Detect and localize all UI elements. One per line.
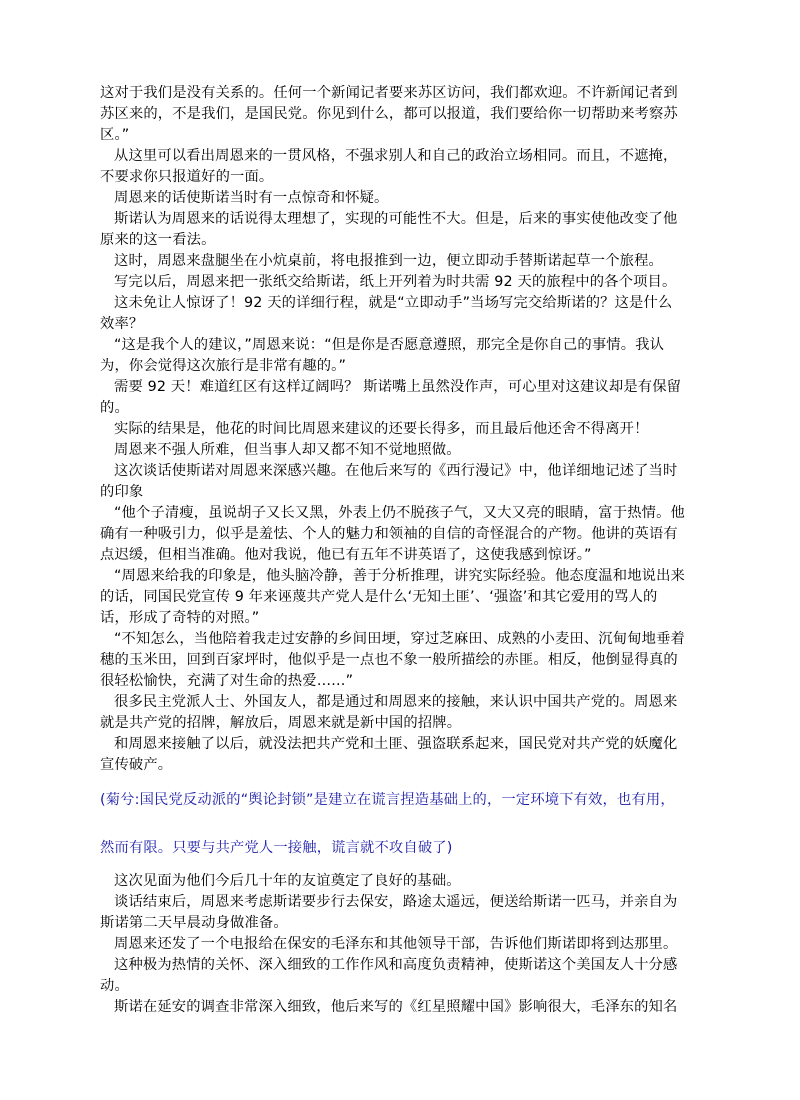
paragraph: 这种极为热情的关怀、深入细致的工作作风和高度负责精神，使斯诺这个美国友人十分感动… (100, 955, 685, 997)
paragraph: 很多民主党派人士、外国友人，都是通过和周恩来的接触，来认识中国共产党的。周恩来就… (100, 692, 685, 734)
paragraph: 写完以后，周恩来把一张纸交给斯诺，纸上开列着为时共需 92 天的旅程中的各个项目… (100, 272, 685, 293)
paragraph: 斯诺在延安的调查非常深入细致，他后来写的《红星照耀中国》影响很大，毛泽东的知名 (100, 997, 685, 1018)
paragraph: 周恩来还发了一个电报给在保安的毛泽东和其他领导干部，告诉他们斯诺即将到达那里。 (100, 934, 685, 955)
paragraph: 周恩来不强人所难，但当事人却又都不知不觉地照做。 (100, 440, 685, 461)
paragraph: 实际的结果是，他花的时间比周恩来建议的还要长得多，而且最后他还舍不得离开！ (100, 419, 685, 440)
editor-note: (菊兮:国民党反动派的“舆论封锁”是建立在谎言捏造基础上的，一定环境下有效，也有… (100, 790, 685, 859)
editor-note-line-1: (菊兮:国民党反动派的“舆论封锁”是建立在谎言捏造基础上的，一定环境下有效，也有… (100, 792, 675, 808)
quote-paragraph: “他个子清瘦，虽说胡子又长又黑，外表上仍不脱孩子气，又大又亮的眼睛，富于热情。他… (100, 503, 685, 566)
editor-note-line-2: 然而有限。只要与共产党人一接触，谎言就不攻自破了) (100, 838, 685, 859)
paragraph: 从这里可以看出周恩来的一贯风格，不强求别人和自己的政治立场相同。而且，不遮掩，不… (100, 146, 685, 188)
paragraph: “这是我个人的建议，”周恩来说：“但是你是否愿意遵照，那完全是你自己的事情。我认… (100, 335, 685, 377)
body-text-before-note: 这对于我们是没有关系的。任何一个新闻记者要来苏区访问，我们都欢迎。不许新闻记者到… (100, 83, 685, 776)
paragraph: 这对于我们是没有关系的。任何一个新闻记者要来苏区访问，我们都欢迎。不许新闻记者到… (100, 83, 685, 146)
paragraph: 这次谈话使斯诺对周恩来深感兴趣。在他后来写的《西行漫记》中，他详细地记述了当时的… (100, 461, 685, 503)
paragraph: 和周恩来接触了以后，就没法把共产党和土匪、强盗联系起来，国民党对共产党的妖魔化宣… (100, 734, 685, 776)
paragraph: 斯诺认为周恩来的话说得太理想了，实现的可能性不大。但是，后来的事实使他改变了他原… (100, 209, 685, 251)
quote-paragraph: “周恩来给我的印象是，他头脑冷静，善于分析推理，讲究实际经验。他态度温和地说出来… (100, 566, 685, 629)
document-page: 这对于我们是没有关系的。任何一个新闻记者要来苏区访问，我们都欢迎。不许新闻记者到… (100, 83, 685, 1018)
paragraph: 谈话结束后，周恩来考虑斯诺要步行去保安，路途太遥远，便送给斯诺一匹马，并亲自为斯… (100, 892, 685, 934)
paragraph: 这次见面为他们今后几十年的友谊奠定了良好的基础。 (100, 871, 685, 892)
paragraph: 这时，周恩来盘腿坐在小炕桌前，将电报推到一边，便立即动手替斯诺起草一个旅程。 (100, 251, 685, 272)
paragraph: 需要 92 天！难道红区有这样辽阔吗？ 斯诺嘴上虽然没作声，可心里对这建议却是有… (100, 377, 685, 419)
quote-paragraph: “不知怎么，当他陪着我走过安静的乡间田埂，穿过芝麻田、成熟的小麦田、沉甸甸地垂着… (100, 629, 685, 692)
body-text-after-note: 这次见面为他们今后几十年的友谊奠定了良好的基础。 谈话结束后，周恩来考虑斯诺要步… (100, 871, 685, 1018)
paragraph: 周恩来的话使斯诺当时有一点惊奇和怀疑。 (100, 188, 685, 209)
paragraph: 这未免让人惊讶了！92 天的详细行程，就是“立即动手”当场写完交给斯诺的？这是什… (100, 293, 685, 335)
